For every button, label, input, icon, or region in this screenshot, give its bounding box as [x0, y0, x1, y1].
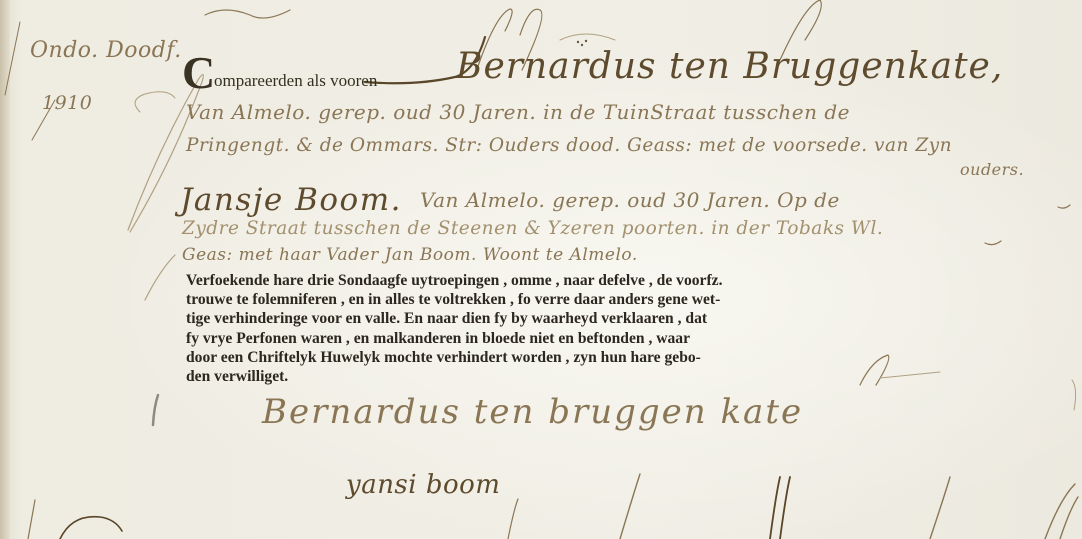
- handwritten-line-6: Geas: met haar Vader Jan Boom. Woont te …: [182, 245, 638, 265]
- printed-line-4: fy vrye Perfonen waren , en malkanderen …: [186, 329, 886, 348]
- printed-line-2: trouwe te folemniferen , en in alles te …: [186, 290, 886, 309]
- printed-body: Verfoekende hare drie Sondaagfe uytroepi…: [186, 271, 886, 386]
- drop-cap: C: [182, 50, 215, 96]
- margin-note-line1: Ondo. Doodf.: [30, 38, 182, 63]
- groom-signature: Bernardus ten bruggen kate: [262, 392, 803, 432]
- printed-heading: ompareerden als vooren: [214, 71, 377, 91]
- printed-line-1: Verfoekende hare drie Sondaagfe uytroepi…: [186, 271, 886, 290]
- printed-line-6: den verwilliget.: [186, 367, 886, 386]
- handwritten-line-5: Zydre Straat tusschen de Steenen & Yzere…: [182, 218, 883, 239]
- printed-line-3: tige verhinderinge voor en valle. En naa…: [186, 309, 886, 328]
- scanned-register-page: Ondo. Doodf. 1910 C ompareerden als voor…: [0, 0, 1082, 539]
- binding-edge: [0, 0, 10, 539]
- margin-note-line2: 1910: [42, 92, 92, 114]
- handwritten-line-2: Pringengt. & de Ommars. Str: Ouders dood…: [186, 135, 952, 156]
- handwritten-line-3: ouders.: [960, 160, 1024, 179]
- groom-name-entry: Bernardus ten Bruggenkate,: [456, 46, 1003, 87]
- bride-signature: yansi boom: [346, 470, 500, 500]
- printed-line-5: door een Chriftelyk Huwelyk mochte verhi…: [186, 348, 886, 367]
- handwritten-line-1: Van Almelo. gerep. oud 30 Jaren. in de T…: [186, 100, 850, 124]
- handwritten-line-4: Van Almelo. gerep. oud 30 Jaren. Op de: [420, 188, 840, 212]
- bride-name-entry: Jansje Boom.: [180, 182, 402, 218]
